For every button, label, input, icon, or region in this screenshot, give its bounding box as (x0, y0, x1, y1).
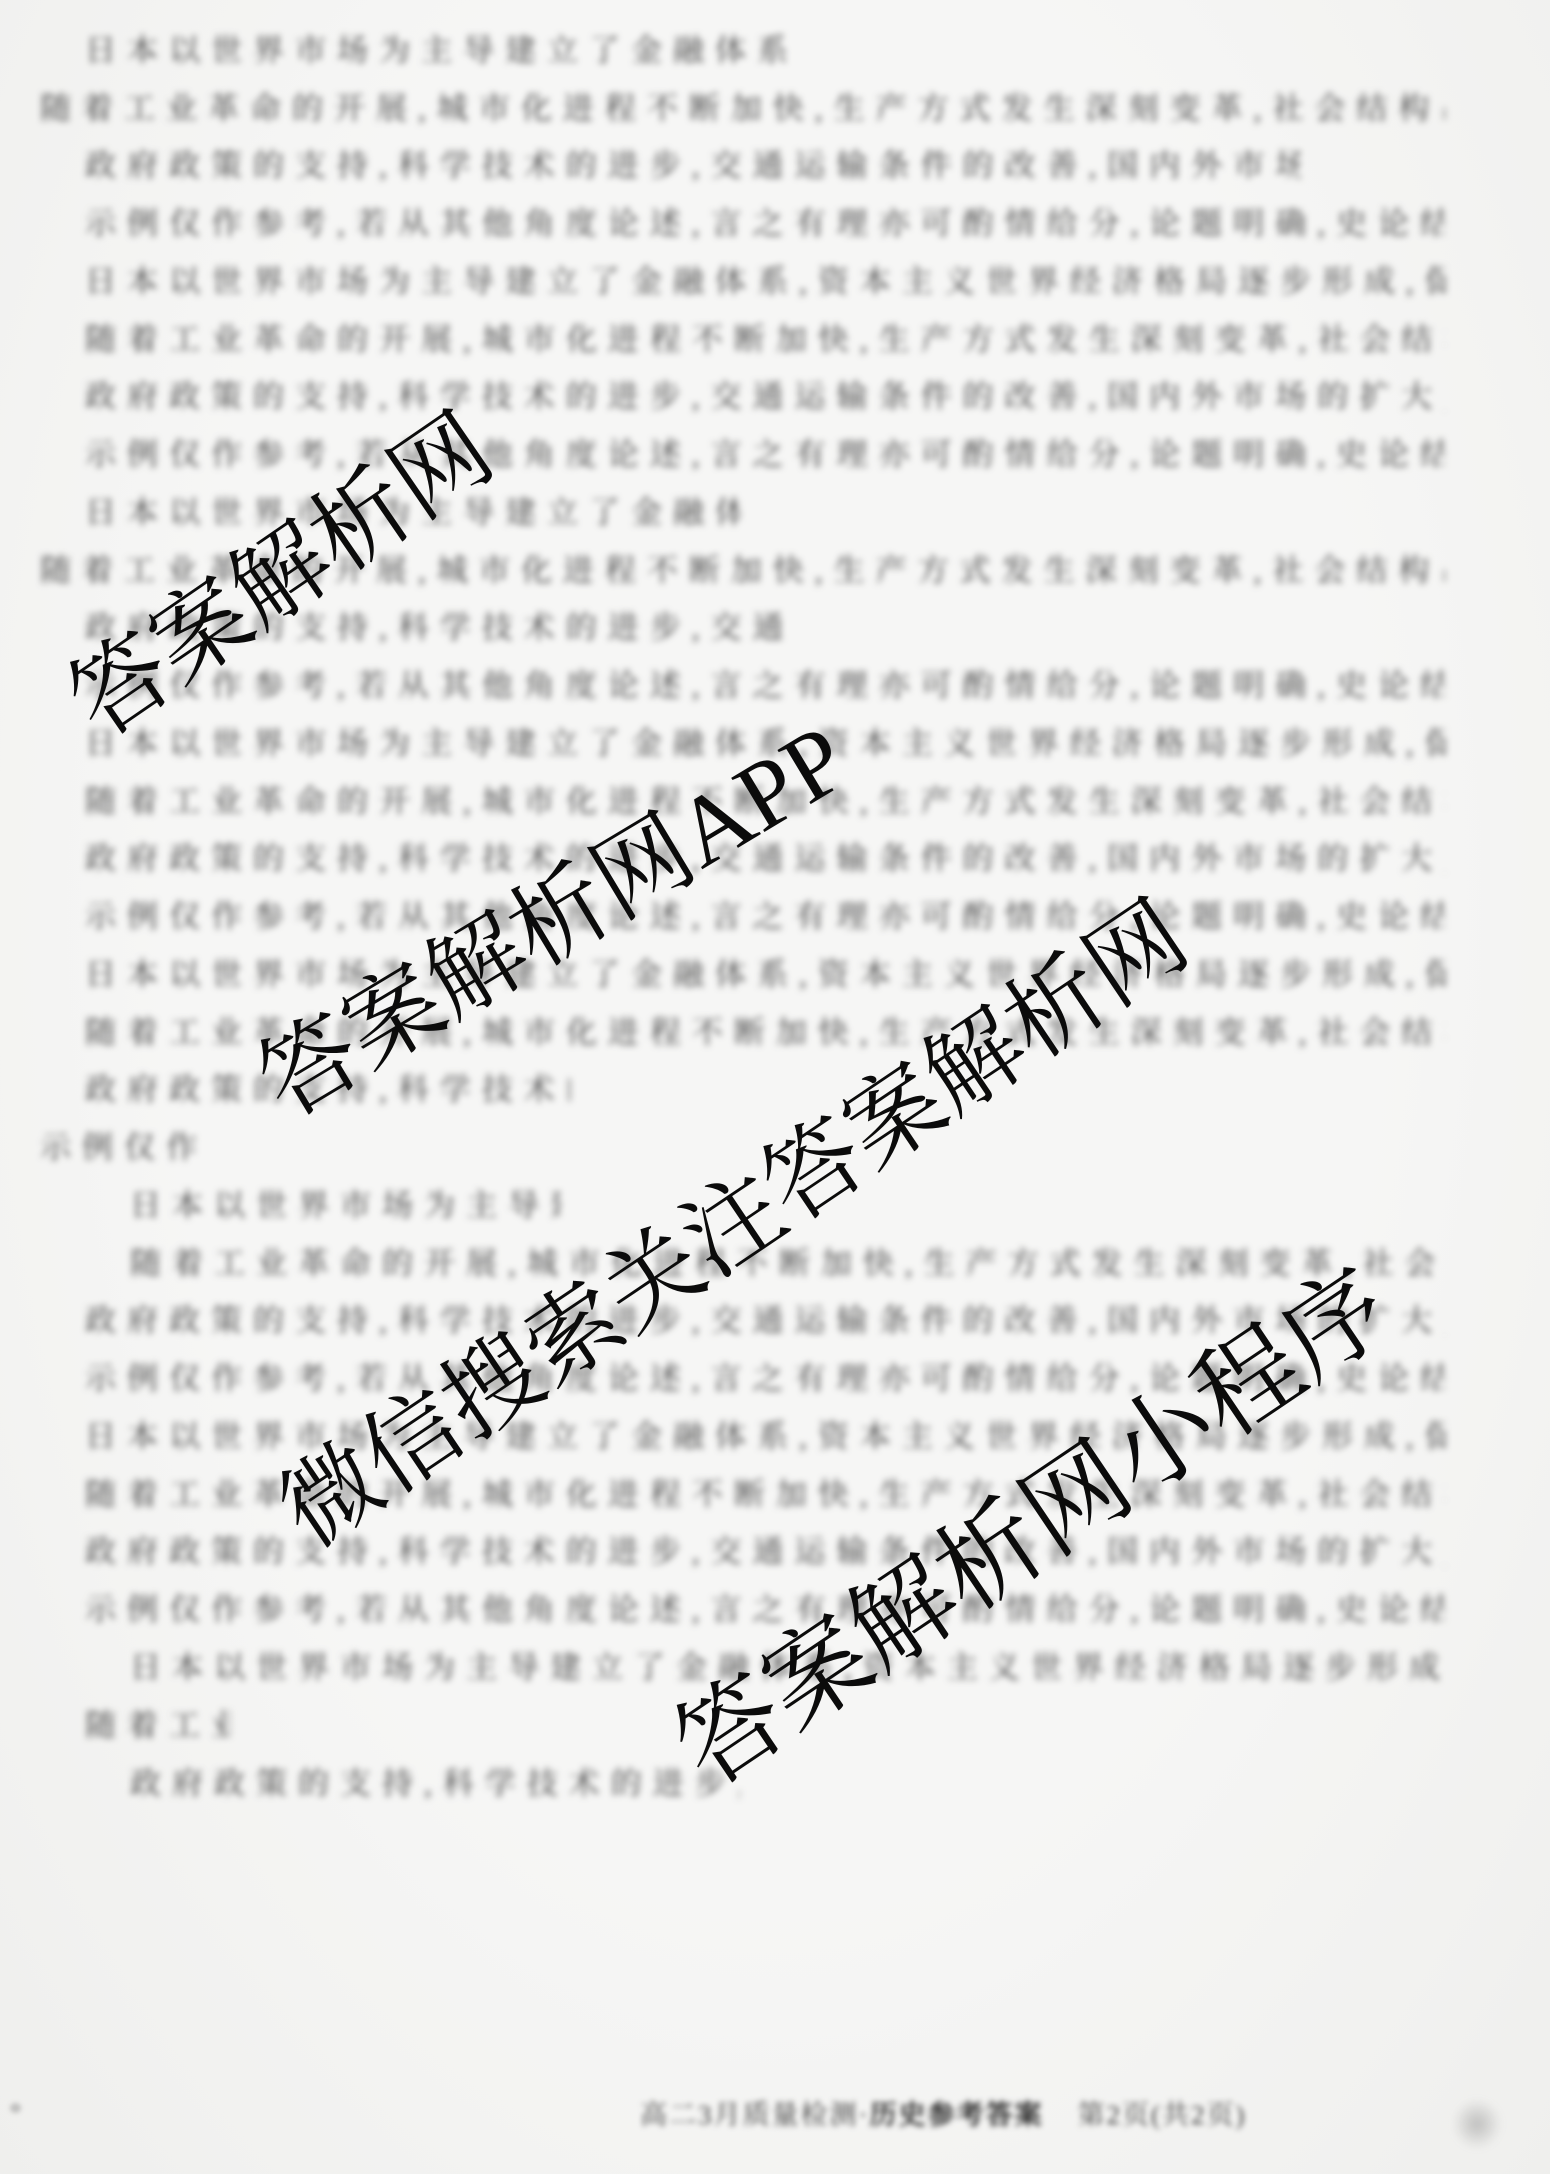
body-text-line: 随着工业革命的开展,城市化进程不断加快,生产方式发生深刻变革,社会结构出现新的变… (85, 1700, 230, 1746)
body-text-line: 示例仅作参考,若从其他角度论述,言之有理亦可酌情给分,论题明确,史论结合,逻辑清… (85, 429, 1445, 475)
body-text-line: 示例仅作参考,若从其他角度论述,言之有理亦可酌情给分,论题明确,史论结合,逻辑清… (85, 660, 1445, 706)
body-text-line: 日本以世界市场为主导建立了金融体系,资本主义世界经济格局逐步形成,促进了商品流通… (85, 949, 1445, 995)
body-text-line: 示例仅作参考,若从其他角度论述,言之有理亦可酌情给分,论题明确,史论结合,逻辑清… (85, 1584, 1445, 1630)
body-text-line: 随着工业革命的开展,城市化进程不断加快,生产方式发生深刻变革,社会结构出现新的变… (40, 83, 1445, 129)
body-text-line: 日本以世界市场为主导建立了金融体系,资本主义世界经济格局逐步形成,促进了商品流通… (130, 1180, 560, 1226)
scan-smudge-artifact (1442, 2088, 1512, 2160)
scan-speck-artifact (10, 2103, 21, 2113)
body-text-line: 日本以世界市场为主导建立了金融体系,资本主义世界经济格局逐步形成,促进了商品流通… (85, 256, 1445, 302)
body-text-line: 政府政策的支持,科学技术的进步,交通运输条件的改善,国内外市场的扩大,金融资本的… (130, 1758, 740, 1804)
body-text-line: 政府政策的支持,科学技术的进步,交通运输条件的改善,国内外市场的扩大,金融资本的… (85, 371, 1445, 417)
body-text-line: 示例仅作参考,若从其他角度论述,言之有理亦可酌情给分,论题明确,史论结合,逻辑清… (40, 1122, 205, 1168)
footer-exam-title: 高二3月质量检测· (640, 2093, 870, 2132)
body-text-line: 日本以世界市场为主导建立了金融体系,资本主义世界经济格局逐步形成,促进了商品流通… (85, 25, 795, 71)
scanned-document-page: 高二3月质量检测·历史参考答案第2页(共2页) 日本以世界市场为主导建立了金融体… (0, 0, 1550, 2174)
page-footer: 高二3月质量检测·历史参考答案第2页(共2页) (640, 2093, 1246, 2132)
footer-page-number: 第2页(共2页) (1078, 2093, 1247, 2132)
body-text-line: 示例仅作参考,若从其他角度论述,言之有理亦可酌情给分,论题明确,史论结合,逻辑清… (85, 891, 1445, 937)
body-text-line: 随着工业革命的开展,城市化进程不断加快,生产方式发生深刻变革,社会结构出现新的变… (85, 314, 1445, 360)
body-text-line: 示例仅作参考,若从其他角度论述,言之有理亦可酌情给分,论题明确,史论结合,逻辑清… (85, 198, 1445, 244)
footer-subject-title: 历史参考答案 (870, 2093, 1044, 2132)
body-text-line: 政府政策的支持,科学技术的进步,交通运输条件的改善,国内外市场的扩大,金融资本的… (85, 140, 1300, 186)
body-text-line: 政府政策的支持,科学技术的进步,交通运输条件的改善,国内外市场的扩大,金融资本的… (85, 1526, 1445, 1572)
